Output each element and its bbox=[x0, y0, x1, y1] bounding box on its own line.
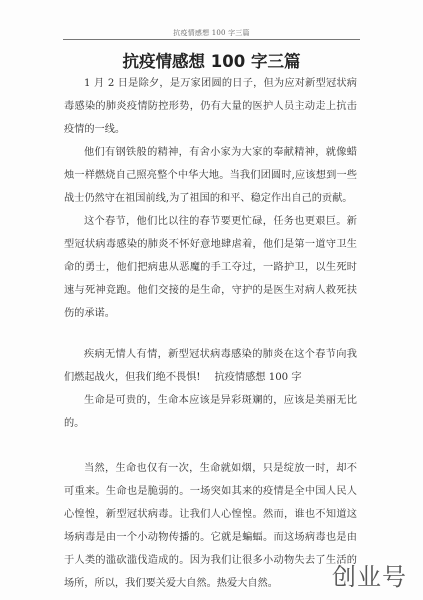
document-page: 抗疫情感想 100 字三篇 抗疫情感想 100 字三篇 1 月 2 日是除夕，是… bbox=[0, 0, 423, 600]
paragraph-1: 1 月 2 日是除夕，是万家团圆的日子，但为应对新型冠状病毒感染的肺炎疫情防控形… bbox=[64, 72, 357, 141]
paragraph-2: 他们有钢铁般的精神，有舍小家为大家的奉献精神，就像蜡烛一样燃烧自己照亮整个中华大… bbox=[64, 141, 357, 210]
spacer bbox=[64, 435, 357, 457]
paragraph-6: 当然，生命也仅有一次，生命就如烟，只是绽放一时，却不可重来。生命也是脆弱的。一场… bbox=[64, 457, 357, 595]
spacer bbox=[64, 325, 357, 343]
document-body: 1 月 2 日是除夕，是万家团圆的日子，但为应对新型冠状病毒感染的肺炎疫情防控形… bbox=[64, 72, 357, 595]
header-divider bbox=[63, 39, 360, 40]
paragraph-3: 这个春节，他们比以往的春节要更忙碌，任务也更艰巨。新型冠状病毒感染的肺炎不怀好意… bbox=[64, 210, 357, 325]
watermark-logo: 创业号 bbox=[332, 557, 407, 592]
paragraph-5: 生命是可贵的，生命本应该是异彩斑斓的，应该是美丽无比的。 bbox=[64, 389, 357, 435]
inline-heading: 抗疫情感想 100 字 bbox=[215, 372, 302, 383]
paragraph-4-text: 疾病无情人有情，新型冠状病毒感染的肺炎在这个春节向我们燃起战火，但我们绝不畏惧! bbox=[64, 349, 357, 383]
document-title: 抗疫情感想 100 字三篇 bbox=[0, 48, 423, 72]
running-header: 抗疫情感想 100 字三篇 bbox=[63, 28, 360, 38]
paragraph-4: 疾病无情人有情，新型冠状病毒感染的肺炎在这个春节向我们燃起战火，但我们绝不畏惧!… bbox=[64, 343, 357, 389]
